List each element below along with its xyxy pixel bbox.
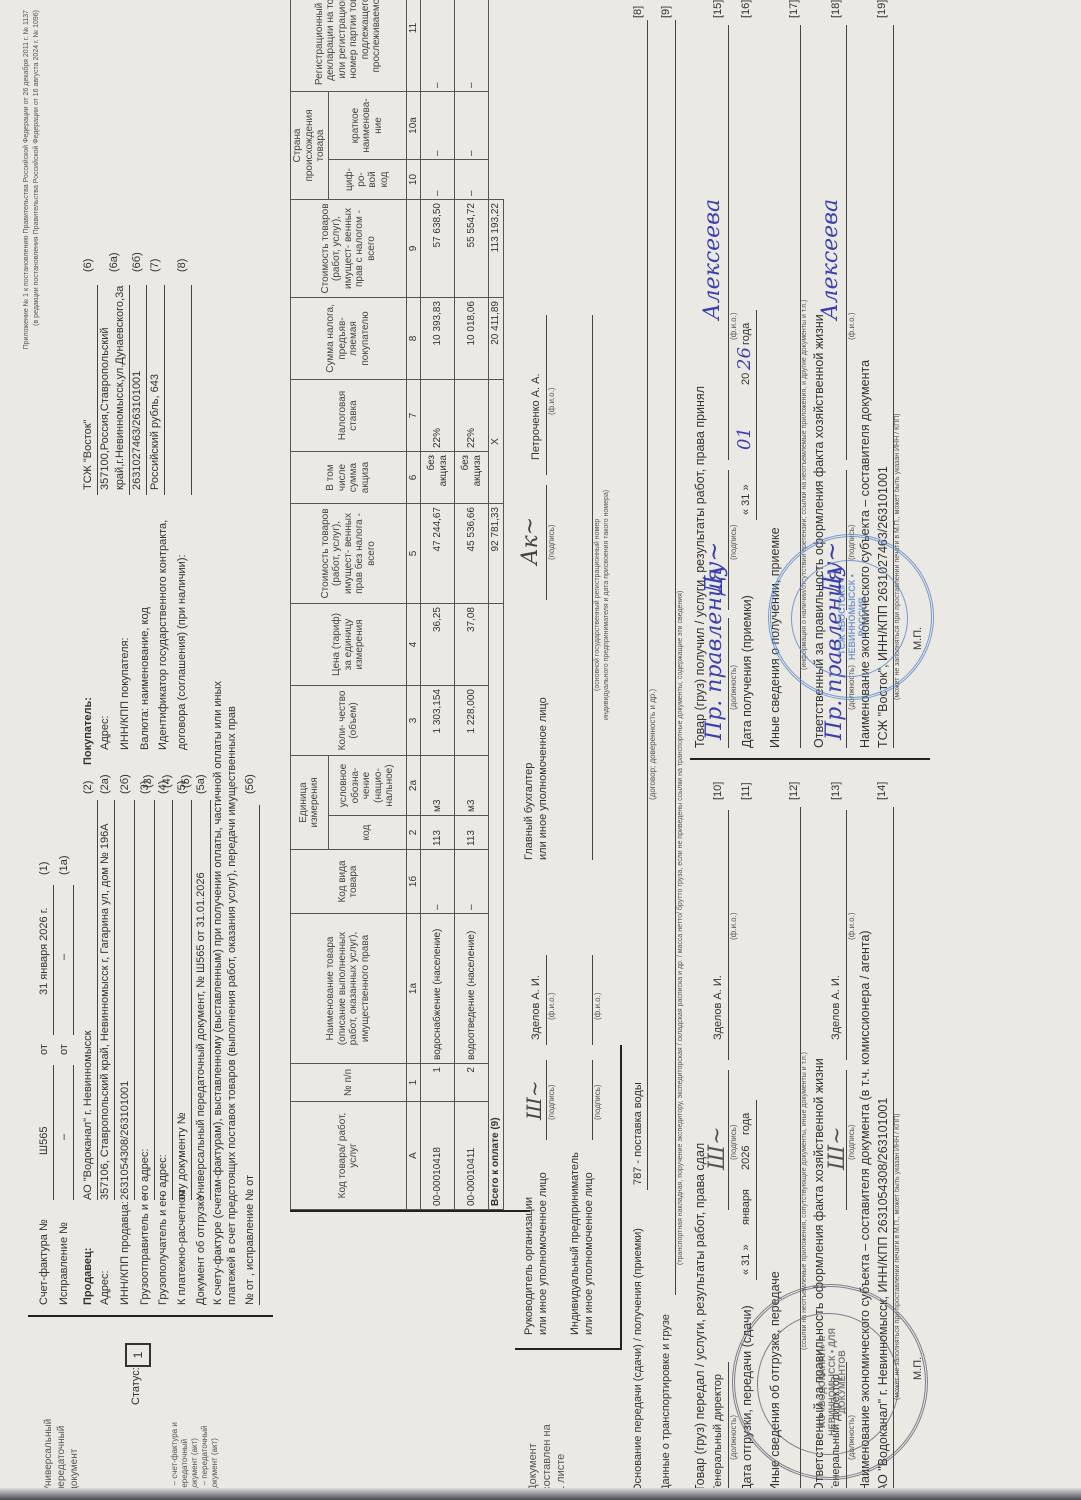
field-code: (6б) bbox=[131, 252, 143, 272]
status-legend: 1 – счет-фактура и передаточный документ… bbox=[170, 1422, 220, 1492]
item-cost-with-tax: 55 554,72 bbox=[455, 200, 489, 298]
field-code: (2) bbox=[82, 781, 94, 794]
item-declaration: – bbox=[455, 0, 489, 92]
position-hint: (должность) bbox=[729, 1415, 738, 1460]
buyer-title: Покупатель: bbox=[82, 697, 94, 765]
field-code: [10] bbox=[712, 782, 724, 800]
consignee-value: – bbox=[157, 1194, 169, 1200]
shipment-doc-label: Документ об отгрузке bbox=[195, 1195, 207, 1305]
seller-inn-label: ИНН/КПП продавца: bbox=[119, 1201, 131, 1305]
basis-hint: (договор; доверенность и др.) bbox=[648, 689, 657, 800]
transport-hint: (транспортная накладная, поручение экспе… bbox=[677, 591, 684, 1265]
item-unit-name: м3 bbox=[421, 756, 455, 816]
head-signature: Ш~ bbox=[522, 1080, 546, 1120]
status-label: Статус: bbox=[130, 1367, 142, 1405]
underline bbox=[73, 885, 74, 1035]
fio-hint: (ф.и.о.) bbox=[729, 913, 738, 941]
underline bbox=[647, 20, 648, 1190]
col-header-declaration: Регистрационный номер декларации на това… bbox=[291, 0, 407, 92]
field-code: [17] bbox=[788, 0, 800, 18]
shipment-doc: Универсальный передаточный документ, № Ш… bbox=[195, 872, 207, 1200]
item-excise: без акциза bbox=[421, 452, 455, 504]
field-code: (1) bbox=[38, 862, 50, 875]
field-code: [12] bbox=[788, 782, 800, 800]
item-rows: 00-000104181водоснабжение (население)–11… bbox=[421, 0, 489, 1210]
col-header-cost-no-tax: Стоимость товаров (работ, услуг), имущес… bbox=[291, 504, 407, 604]
item-unit-name: м3 bbox=[455, 756, 489, 816]
handover-signature: Ш~ bbox=[705, 1126, 730, 1170]
chief-accountant-label: Главный бухгалтер или иное уполномоченно… bbox=[522, 697, 550, 860]
doc-type-title: Универсальный передаточный документ bbox=[42, 1419, 81, 1492]
col-header-kind-code: Код вида товара bbox=[291, 850, 407, 914]
correction-label: Исправление № bbox=[58, 1222, 70, 1305]
handover-name: Зделов А. И. bbox=[712, 975, 724, 1040]
received-name-handwritten: Алексеева bbox=[700, 199, 725, 320]
fio-hint: (ф.и.о.) bbox=[593, 993, 602, 1021]
advance-label-3: № от , исправление № от bbox=[244, 1175, 256, 1305]
payment-doc-label: К платежно-расчетному документу № bbox=[176, 1112, 188, 1305]
item-npp: 1 bbox=[421, 1064, 455, 1102]
col-header-country-name: краткое наименова- ние bbox=[328, 92, 406, 160]
field-code: (5а) bbox=[195, 774, 207, 794]
doc-type-line: документ bbox=[68, 1419, 81, 1492]
col-header-unit: Единица измерения bbox=[291, 756, 329, 850]
appendix-line: Приложение № 1 к постановлению Правитель… bbox=[22, 10, 32, 460]
signature-box-bottom bbox=[620, 1045, 622, 1350]
field-code: (1а) bbox=[58, 855, 70, 875]
scan-edge bbox=[0, 1488, 1081, 1500]
underline bbox=[728, 25, 729, 460]
head-label-line: Руководитель организации bbox=[522, 1172, 536, 1335]
col-header-cost-with-tax: Стоимость товаров (работ, услуг), имущес… bbox=[291, 200, 407, 298]
empty-cell bbox=[489, 0, 504, 200]
advance-label-1: К счету-фактуре (счетам-фактурам), выста… bbox=[212, 681, 224, 1305]
status-legend-line: документ (акт) bbox=[190, 1422, 200, 1492]
underline bbox=[97, 285, 98, 495]
currency-label: Валюта: наименование, код bbox=[139, 607, 151, 750]
underline bbox=[97, 800, 98, 1200]
sign-hint: (подпись) bbox=[847, 1124, 856, 1160]
field-code: (7) bbox=[149, 259, 161, 272]
receipt-date-suffix: года bbox=[740, 323, 752, 345]
buyer-address-1: 357100,Россия,Ставропольский bbox=[99, 327, 111, 490]
field-code: (8) bbox=[176, 259, 188, 272]
col-header-unit-name: условное обозна- чение (нацио- нальное) bbox=[328, 756, 406, 816]
underline bbox=[172, 800, 173, 1200]
column-number: 1а bbox=[406, 914, 421, 1064]
currency-value: Российский рубль, 643 bbox=[149, 374, 161, 490]
seller-name: АО "Водоканал" г. Невинномысск bbox=[82, 1031, 94, 1201]
doc-sheets: Документ составлен на 1 листе bbox=[526, 1424, 568, 1492]
item-cost-no-tax: 47 244,67 bbox=[421, 504, 455, 604]
handover-position: Генеральный директор bbox=[712, 1374, 724, 1492]
payment-doc-from: от bbox=[176, 1189, 188, 1200]
item-cost-with-tax: 57 638,50 bbox=[421, 200, 455, 298]
col-header-unit-code: код bbox=[328, 816, 406, 850]
seller-title: Продавец: bbox=[82, 1248, 94, 1305]
col-header-tax-sum: Сумма налога, предъяв- ляемая покупателю bbox=[291, 298, 407, 380]
col-header-excise: В том числе сумма акциза bbox=[291, 452, 407, 504]
buyer-inn-label: ИНН/КПП покупателя: bbox=[119, 637, 131, 750]
shipment-date-year: 2026 bbox=[740, 1146, 752, 1170]
seller-address: 357106, Ставропольский край, Невинномысс… bbox=[99, 823, 111, 1200]
invoice-from-label: от bbox=[38, 1044, 50, 1055]
total-label: Всего к оплате (9) bbox=[489, 604, 504, 1210]
status-value-box: 1 bbox=[125, 1343, 151, 1367]
item-qty: 1 303,154 bbox=[421, 686, 455, 756]
table-row: 00-000104112водоотведение (население)–11… bbox=[455, 0, 489, 1210]
column-number: 4 bbox=[406, 604, 421, 686]
status-legend-line: передаточный bbox=[180, 1422, 190, 1492]
upd-document-page: Универсальный передаточный документ Стат… bbox=[0, 0, 1081, 1500]
ogrn-hint-line: индивидуального предпринимателя и дата п… bbox=[602, 490, 611, 720]
underline bbox=[164, 285, 165, 495]
item-country-name: – bbox=[421, 92, 455, 160]
sign-hint: (подпись) bbox=[547, 524, 556, 560]
item-price: 36,25 bbox=[421, 604, 455, 686]
ogrn-hint-line: (основной государственный регистрационны… bbox=[593, 490, 602, 720]
col-header-tax-rate: Налоговая ставка bbox=[291, 380, 407, 452]
underline bbox=[210, 800, 211, 1200]
column-number: 2 bbox=[406, 816, 421, 850]
underline bbox=[756, 1100, 757, 1280]
head-label-line: или иное уполномоченное лицо bbox=[536, 1172, 550, 1335]
col-header-code: Код товара/ работ, услуг bbox=[291, 1102, 407, 1210]
appendix-note: Приложение № 1 к постановлению Правитель… bbox=[22, 10, 42, 460]
underline bbox=[53, 1065, 54, 1200]
field-code: [15] bbox=[712, 0, 724, 18]
col-header-country: Страна происхождения товара bbox=[291, 92, 329, 200]
gov-contract-label-2: договора (соглашения) (при наличии): bbox=[176, 554, 188, 750]
field-code: [11] bbox=[740, 782, 752, 800]
underline bbox=[259, 805, 260, 1305]
column-number: 1б bbox=[406, 850, 421, 914]
column-number: 1 bbox=[406, 1064, 421, 1102]
col-header-qty: Коли- чество (объем) bbox=[291, 686, 407, 756]
underline bbox=[114, 800, 115, 1200]
chief-acc-line: Главный бухгалтер bbox=[522, 697, 536, 860]
correction-number: – bbox=[58, 1134, 70, 1140]
underline bbox=[154, 800, 155, 1200]
seller-address-label: Адрес: bbox=[99, 1270, 111, 1305]
col-header-country-code: циф- ро- вой код bbox=[328, 160, 406, 200]
field-code: [14] bbox=[876, 782, 888, 800]
buyer-stamp-text: ТСЖ «ВОСТОК» • НЕВИННОМЫССК • РОССИЯ bbox=[837, 562, 867, 672]
col-header-npp: № п/п bbox=[291, 1064, 407, 1102]
position-hint: (должность) bbox=[729, 665, 738, 710]
appendix-line: (в редакции постановления Правительства … bbox=[32, 10, 42, 460]
blocks-divider bbox=[690, 758, 930, 760]
column-number: А bbox=[406, 1102, 421, 1210]
invoice-date: 31 января 2026 г. bbox=[38, 908, 50, 995]
table-row: 00-000104181водоснабжение (население)–11… bbox=[421, 0, 455, 1210]
items-table: Код товара/ работ, услуг № п/п Наименова… bbox=[290, 0, 504, 1210]
field-code: [8] bbox=[632, 6, 644, 18]
column-number: 3 bbox=[406, 686, 421, 756]
item-code: 00-00010418 bbox=[421, 1102, 455, 1210]
status-legend-line: 1 – счет-фактура и bbox=[170, 1422, 180, 1492]
correction-date: – bbox=[58, 954, 70, 960]
correction-from-label: от bbox=[58, 1044, 70, 1055]
consignee-label: Грузополучатель и его адрес: bbox=[157, 1154, 169, 1305]
total-cost-with-tax: 113 193,22 bbox=[489, 200, 504, 298]
field-code: [13] bbox=[830, 782, 842, 800]
doc-sheets-line: Документ bbox=[526, 1424, 540, 1492]
receipt-date-year-prefix: 20 bbox=[740, 373, 752, 385]
column-number: 10 bbox=[406, 160, 421, 200]
fio-hint: (ф.и.о.) bbox=[729, 313, 738, 341]
field-code: [16] bbox=[740, 0, 752, 18]
item-tax-sum: 10 018,06 bbox=[455, 298, 489, 380]
signature-box-left bbox=[515, 1348, 621, 1350]
total-tax-sum: 20 411,89 bbox=[489, 298, 504, 380]
item-qty: 1 228,000 bbox=[455, 686, 489, 756]
column-number: 11 bbox=[406, 0, 421, 92]
field-code: (5б) bbox=[244, 774, 256, 794]
shipment-date-suffix: года bbox=[740, 1113, 752, 1135]
item-name: водоотведение (население) bbox=[455, 914, 489, 1064]
item-tax-rate: 22% bbox=[455, 380, 489, 452]
chief-accountant-signature: Ак~ bbox=[518, 517, 543, 565]
chief-acc-line: или иное уполномоченное лицо bbox=[536, 697, 550, 860]
col-header-price: Цена (тариф) за единицу измерения bbox=[291, 604, 407, 686]
ip-label-line: или иное уполномоченное лицо bbox=[582, 1152, 596, 1335]
doc-sheets-line: 1 листе bbox=[554, 1424, 568, 1492]
column-number: 8 bbox=[406, 298, 421, 380]
item-code: 00-00010411 bbox=[455, 1102, 489, 1210]
shipper-label: Грузоотправитель и его адрес: bbox=[139, 1149, 151, 1305]
underline bbox=[73, 1065, 74, 1200]
receipt-date-day: « 31 » bbox=[740, 484, 752, 515]
basis-value: 787 - поставка воды bbox=[632, 1082, 644, 1185]
item-unit-code: 113 bbox=[421, 816, 455, 850]
fio-hint: (ф.и.о.) bbox=[547, 388, 556, 416]
total-excise: Х bbox=[489, 380, 504, 504]
item-country-code: – bbox=[421, 160, 455, 200]
seller-inn: 2631054308/263101001 bbox=[119, 1081, 131, 1200]
total-cost-no-tax: 92 781,33 bbox=[489, 504, 504, 604]
sign-hint: (подпись) bbox=[547, 1084, 556, 1120]
underline bbox=[134, 800, 135, 1200]
item-declaration: – bbox=[421, 0, 455, 92]
underline bbox=[756, 310, 757, 520]
field-code: (6а) bbox=[108, 252, 120, 272]
handover-label: Товар (груз) передал / услуги, результат… bbox=[693, 1143, 707, 1492]
column-number: 9 bbox=[406, 200, 421, 298]
field-code: (3) bbox=[139, 775, 158, 788]
item-excise: без акциза bbox=[455, 452, 489, 504]
field-code: (4) bbox=[158, 775, 177, 788]
fio-hint: (ф.и.о.) bbox=[547, 993, 556, 1021]
item-kind-code: – bbox=[455, 850, 489, 914]
item-cost-no-tax: 45 536,66 bbox=[455, 504, 489, 604]
shipment-date-month: января bbox=[740, 1189, 752, 1225]
seller-responsible-name: Зделов А. И. bbox=[830, 975, 842, 1040]
column-number: 10а bbox=[406, 92, 421, 160]
ip-label: Индивидуальный предприниматель или иное … bbox=[568, 1152, 596, 1335]
invoice-number: Ш565 bbox=[38, 1127, 50, 1155]
total-row: Всего к оплате (9) 92 781,33 Х 20 411,89… bbox=[489, 0, 504, 1210]
field-code: [19] bbox=[876, 0, 888, 18]
field-code: (2б) bbox=[119, 774, 131, 794]
received-signature: Ду~ bbox=[700, 541, 728, 595]
column-number: 6 bbox=[406, 452, 421, 504]
underline bbox=[191, 800, 192, 1200]
underline bbox=[53, 885, 54, 1035]
buyer-inn: 2631027463/263101001 bbox=[131, 371, 143, 490]
column-number-row: А11а1б22а34567891010а11 bbox=[406, 0, 421, 1210]
invoice-number-label: Счет-фактура № bbox=[38, 1219, 50, 1305]
shipper-value: – bbox=[139, 1194, 151, 1200]
field-code: (5) bbox=[177, 775, 196, 788]
col-header-name: Наименование товара (описание выполненны… bbox=[291, 914, 407, 1064]
column-number: 5 bbox=[406, 504, 421, 604]
gov-contract-label-1: Идентификатор государственного контракта… bbox=[157, 520, 169, 750]
basis-label: Основание передачи (сдачи) / получения (… bbox=[632, 1228, 644, 1492]
buyer-address-label: Адрес: bbox=[99, 715, 111, 750]
column-number: 2а bbox=[406, 756, 421, 816]
underline bbox=[129, 285, 130, 495]
item-country-code: – bbox=[455, 160, 489, 200]
receipt-date-year: 26 bbox=[734, 347, 755, 370]
transport-label: Данные о транспортировке и грузе bbox=[660, 1314, 672, 1492]
sign-hint: (подпись) bbox=[593, 1084, 602, 1120]
ogrn-hint: (основной государственный регистрационны… bbox=[593, 490, 611, 720]
item-kind-code: – bbox=[421, 850, 455, 914]
fio-hint: (ф.и.о.) bbox=[847, 313, 856, 341]
table-left-border bbox=[290, 1210, 530, 1212]
advance-label-2: платежей в счет предстоящих поставок тов… bbox=[226, 706, 238, 1305]
header-divider bbox=[28, 1315, 273, 1317]
field-code: (6) bbox=[82, 259, 94, 272]
buyer-name: ТСЖ "Восток" bbox=[82, 420, 94, 491]
item-tax-sum: 10 393,83 bbox=[421, 298, 455, 380]
field-code: [9] bbox=[660, 6, 672, 18]
field-code: (2а) bbox=[99, 774, 111, 794]
doc-type-line: Универсальный bbox=[42, 1419, 55, 1492]
ip-label-line: Индивидуальный предприниматель bbox=[568, 1152, 582, 1335]
column-number: 7 bbox=[406, 380, 421, 452]
doc-sheets-line: составлен на bbox=[540, 1424, 554, 1492]
receipt-date-month: 01 bbox=[734, 427, 755, 450]
underline bbox=[146, 285, 147, 495]
buyer-stamp: ТСЖ «ВОСТОК» • НЕВИННОМЫССК • РОССИЯ bbox=[768, 534, 934, 700]
underline bbox=[191, 285, 192, 495]
chief-accountant-name: Петроченко А. А. bbox=[530, 373, 542, 460]
table-header-row: Код товара/ работ, услуг № п/п Наименова… bbox=[291, 0, 329, 1210]
buyer-field-codes: (3) (4) (5) bbox=[139, 775, 196, 788]
head-label: Руководитель организации или иное уполно… bbox=[522, 1172, 550, 1335]
item-name: водоснабжение (население) bbox=[421, 914, 455, 1064]
buyer-responsible-name-handwritten: Алексеева bbox=[818, 199, 843, 320]
head-name: Зделов А. И. bbox=[530, 975, 542, 1040]
status-legend-line: 2 – передаточный bbox=[200, 1422, 210, 1492]
sign-hint: (подпись) bbox=[729, 1124, 738, 1160]
item-price: 37,08 bbox=[455, 604, 489, 686]
item-unit-code: 113 bbox=[455, 816, 489, 850]
field-code: [18] bbox=[830, 0, 842, 18]
item-tax-rate: 22% bbox=[421, 380, 455, 452]
underline bbox=[675, 20, 676, 1295]
underline bbox=[846, 25, 847, 460]
fio-hint: (ф.и.о.) bbox=[847, 913, 856, 941]
sign-hint: (подпись) bbox=[729, 524, 738, 560]
seller-stamp-text: АО «ВОДОКАНАЛ» г. НЕВИННОМЫССК • ДЛЯ ДОК… bbox=[817, 1317, 847, 1447]
seller-stamp: АО «ВОДОКАНАЛ» г. НЕВИННОМЫССК • ДЛЯ ДОК… bbox=[732, 1284, 928, 1480]
doc-type-line: передаточный bbox=[55, 1419, 68, 1492]
receipt-date-label: Дата получения (приемки) bbox=[740, 595, 754, 748]
item-npp: 2 bbox=[455, 1064, 489, 1102]
item-country-name: – bbox=[455, 92, 489, 160]
shipment-date-day: « 31 » bbox=[740, 1244, 752, 1275]
buyer-address-2: край,г.Невинномысск,ул.Дунаевского,3а bbox=[114, 286, 126, 490]
status-legend-line: документ (акт) bbox=[210, 1422, 220, 1492]
